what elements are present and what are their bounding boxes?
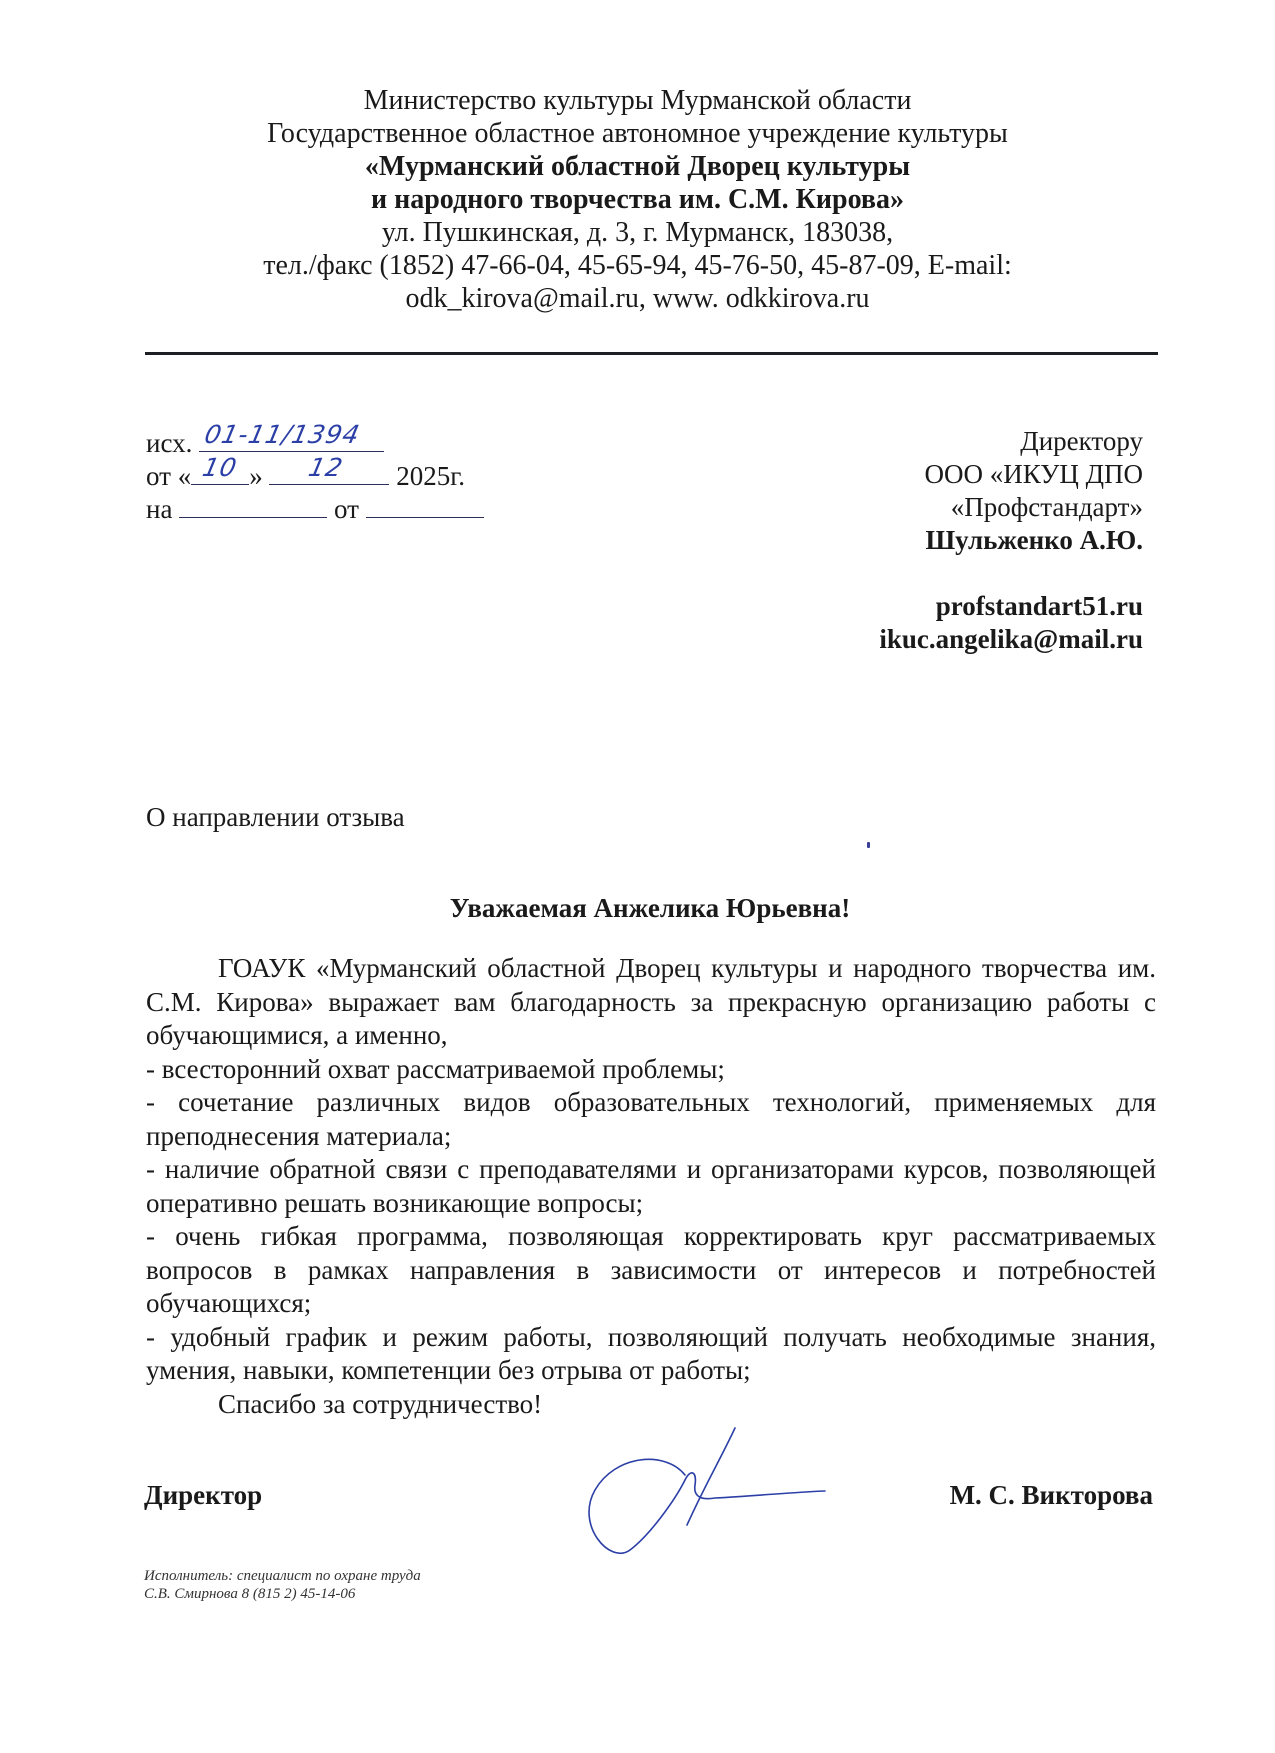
addressee-position: Директору — [879, 425, 1143, 458]
body-point-4: - очень гибкая программа, позволяющая ко… — [146, 1220, 1156, 1321]
greeting: Уважаемая Анжелика Юрьевна! — [0, 893, 1275, 924]
ref-label: исх. — [146, 428, 192, 458]
body-point-3: - наличие обратной связи с преподавателя… — [146, 1153, 1156, 1220]
reply-from-label: от — [334, 494, 359, 524]
reply-number-field — [179, 491, 327, 518]
addressee-spacer — [879, 557, 1143, 590]
addressee-website: profstandart51.ru — [879, 590, 1143, 623]
executor-line-1: Исполнитель: специалист по охране труда — [144, 1567, 421, 1585]
date-mid: » — [249, 461, 263, 491]
month-handwritten: 12 — [306, 451, 347, 484]
letterhead: Министерство культуры Мурманской области… — [0, 84, 1275, 315]
address-line: ул. Пушкинская, д. 3, г. Мурманск, 18303… — [0, 216, 1275, 249]
body-intro: ГОАУК «Мурманский областной Дворец культ… — [146, 952, 1156, 1053]
signatory-role: Директор — [144, 1480, 262, 1511]
outgoing-reference-block: исх. 01-11/1394 от «10» 12 2025г. на от — [146, 425, 484, 524]
addressee-org-line-2: «Профстандарт» — [879, 491, 1143, 524]
subject-line: О направлении отзыва — [146, 801, 405, 834]
body-point-2: - сочетание различных видов образователь… — [146, 1086, 1156, 1153]
phone-line: тел./факс (1852) 47-66-04, 45-65-94, 45-… — [0, 249, 1275, 282]
executor-note: Исполнитель: специалист по охране труда … — [144, 1567, 421, 1603]
scan-speck — [867, 842, 870, 848]
addressee-org-line-1: ООО «ИКУЦ ДПО — [879, 458, 1143, 491]
institution-name-line-2: и народного творчества им. С.М. Кирова» — [0, 183, 1275, 216]
handwritten-signature-icon — [555, 1420, 855, 1560]
date-prefix: от « — [146, 461, 191, 491]
body-closing: Спасибо за сотрудничество! — [146, 1388, 1156, 1422]
executor-line-2: С.В. Смирнова 8 (815 2) 45-14-06 — [144, 1585, 421, 1603]
signatory-name: М. С. Викторова — [950, 1480, 1153, 1511]
ref-number-field: 01-11/1394 — [199, 425, 384, 452]
date-row: от «10» 12 2025г. — [146, 458, 484, 491]
letter-body: ГОАУК «Мурманский областной Дворец культ… — [146, 952, 1156, 1421]
day-handwritten: 10 — [200, 451, 241, 484]
month-field: 12 — [269, 458, 389, 485]
reply-label: на — [146, 494, 172, 524]
day-field: 10 — [191, 458, 249, 485]
institution-type-line: Государственное областное автономное учр… — [0, 117, 1275, 150]
letterhead-divider — [145, 352, 1158, 355]
email-web-line: odk_kirova@mail.ru, www. odkkirova.ru — [0, 282, 1275, 315]
body-point-1: - всесторонний охват рассматриваемой про… — [146, 1053, 1156, 1087]
reply-date-field — [366, 491, 484, 518]
body-point-5: - удобный график и режим работы, позволя… — [146, 1321, 1156, 1388]
addressee-name: Шульженко А.Ю. — [879, 524, 1143, 557]
addressee-email: ikuc.angelika@mail.ru — [879, 623, 1143, 656]
institution-name-line-1: «Мурманский областной Дворец культуры — [0, 150, 1275, 183]
reply-row: на от — [146, 491, 484, 524]
ref-number-handwritten: 01-11/1394 — [202, 418, 364, 451]
ministry-line: Министерство культуры Мурманской области — [0, 84, 1275, 117]
year: 2025г. — [396, 461, 465, 491]
addressee-block: Директору ООО «ИКУЦ ДПО «Профстандарт» Ш… — [879, 425, 1143, 656]
